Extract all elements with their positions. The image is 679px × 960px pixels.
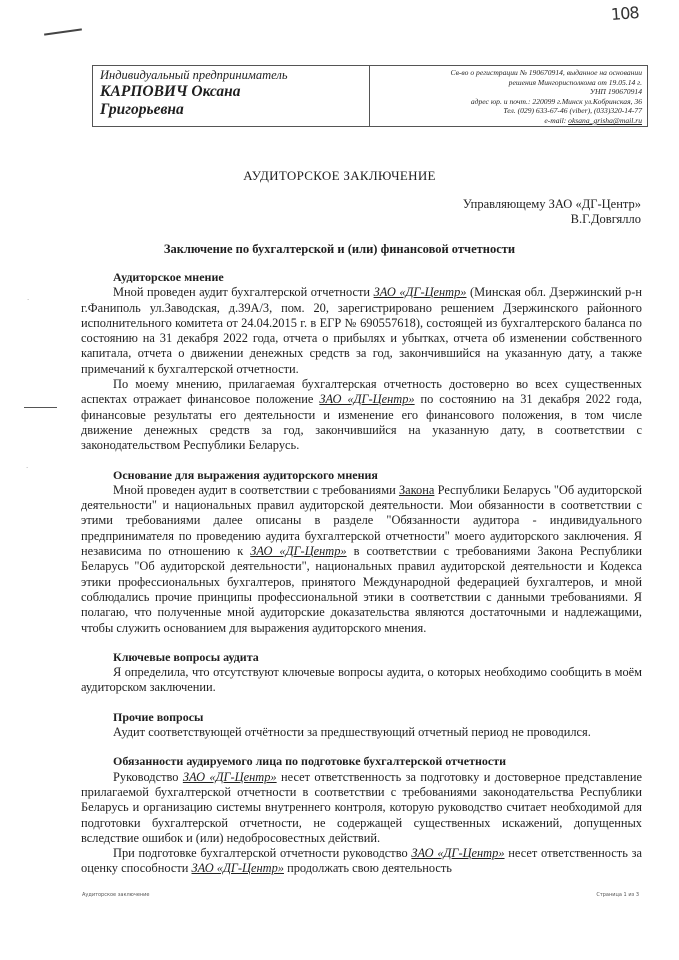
heading-other-matters: Прочие вопросы xyxy=(81,710,642,725)
letterhead-auditor: Индивидуальный предприниматель КАРПОВИЧ … xyxy=(93,66,370,126)
opinion-paragraph-2: По моему мнению, прилагаемая бухгалтерск… xyxy=(81,377,642,453)
margin-dot: · xyxy=(26,464,28,472)
unp: УНП 190670914 xyxy=(370,87,642,97)
margin-mark-middle xyxy=(24,407,57,408)
addressee-name: В.Г.Довгялло xyxy=(463,212,641,227)
basis-paragraph-1: Мной проведен аудит в соответствии с тре… xyxy=(81,483,642,636)
heading-opinion: Аудиторское мнение xyxy=(81,270,642,285)
key-matters-paragraph: Я определила, что отсутствуют ключевые в… xyxy=(81,665,642,696)
responsibilities-paragraph-2: При подготовке бухгалтерской отчетности … xyxy=(81,846,642,877)
auditor-patronymic: Григорьевна xyxy=(100,101,369,119)
email-line: e-mail: oksana_grisha@mail.ru xyxy=(370,116,642,126)
company-link: ЗАО «ДГ-Центр» xyxy=(250,544,346,558)
company-link: ЗАО «ДГ-Центр» xyxy=(319,392,414,406)
address: адрес юр. и почт.: 220099 г.Минск ул.Коб… xyxy=(370,97,642,107)
addressee: Управляющему ЗАО «ДГ-Центр» В.Г.Довгялло xyxy=(463,197,641,227)
company-link: ЗАО «ДГ-Центр» xyxy=(183,770,277,784)
company-link: ЗАО «ДГ-Центр» xyxy=(411,846,504,860)
document-body: Аудиторское мнение Мной проведен аудит б… xyxy=(81,270,642,877)
text: Мной проведен аудит бухгалтерской отчетн… xyxy=(113,285,374,299)
auditor-name: КАРПОВИЧ Оксана xyxy=(100,83,369,101)
law-link[interactable]: Закона xyxy=(399,483,434,497)
responsibilities-paragraph-1: Руководство ЗАО «ДГ-Центр» несет ответст… xyxy=(81,770,642,846)
text: Руководство xyxy=(113,770,183,784)
margin-dot: · xyxy=(27,296,29,304)
heading-key-matters: Ключевые вопросы аудита xyxy=(81,650,642,665)
phone: Тел. (029) 633-67-46 (viber), (033)320-1… xyxy=(370,106,642,116)
company-link: ЗАО «ДГ-Центр» xyxy=(374,285,467,299)
heading-responsibilities: Обязанности аудируемого лица по подготов… xyxy=(81,754,642,769)
email-label: e-mail: xyxy=(544,116,568,125)
letterhead: Индивидуальный предприниматель КАРПОВИЧ … xyxy=(92,65,648,127)
email-link[interactable]: oksana_grisha@mail.ru xyxy=(568,116,642,125)
registration-decision: решения Мингорисполкома от 19.05.14 г. xyxy=(370,78,642,88)
opinion-paragraph-1: Мной проведен аудит бухгалтерской отчетн… xyxy=(81,285,642,377)
document-title: АУДИТОРСКОЕ ЗАКЛЮЧЕНИЕ xyxy=(0,168,679,184)
footer-document-name: Аудиторское заключение xyxy=(82,892,150,898)
page-number-handwritten: 108 xyxy=(610,3,639,24)
text: При подготовке бухгалтерской отчетности … xyxy=(113,846,411,860)
addressee-position: Управляющему ЗАО «ДГ-Центр» xyxy=(463,197,641,212)
registration-info: Св-во о регистрации № 190670914, выданно… xyxy=(370,68,642,78)
margin-mark-top xyxy=(44,28,82,35)
other-matters-paragraph: Аудит соответствующей отчётности за пред… xyxy=(81,725,642,740)
auditor-role: Индивидуальный предприниматель xyxy=(100,68,369,83)
company-link: ЗАО «ДГ-Центр» xyxy=(192,861,284,875)
document-subtitle: Заключение по бухгалтерской и (или) фина… xyxy=(0,242,679,257)
text: продолжать свою деятельность xyxy=(284,861,452,875)
text: Мной проведен аудит в соответствии с тре… xyxy=(113,483,399,497)
heading-basis: Основание для выражения аудиторского мне… xyxy=(81,468,642,483)
footer-page-counter: Страница 1 из 3 xyxy=(596,892,639,898)
letterhead-contacts: Св-во о регистрации № 190670914, выданно… xyxy=(370,66,647,126)
